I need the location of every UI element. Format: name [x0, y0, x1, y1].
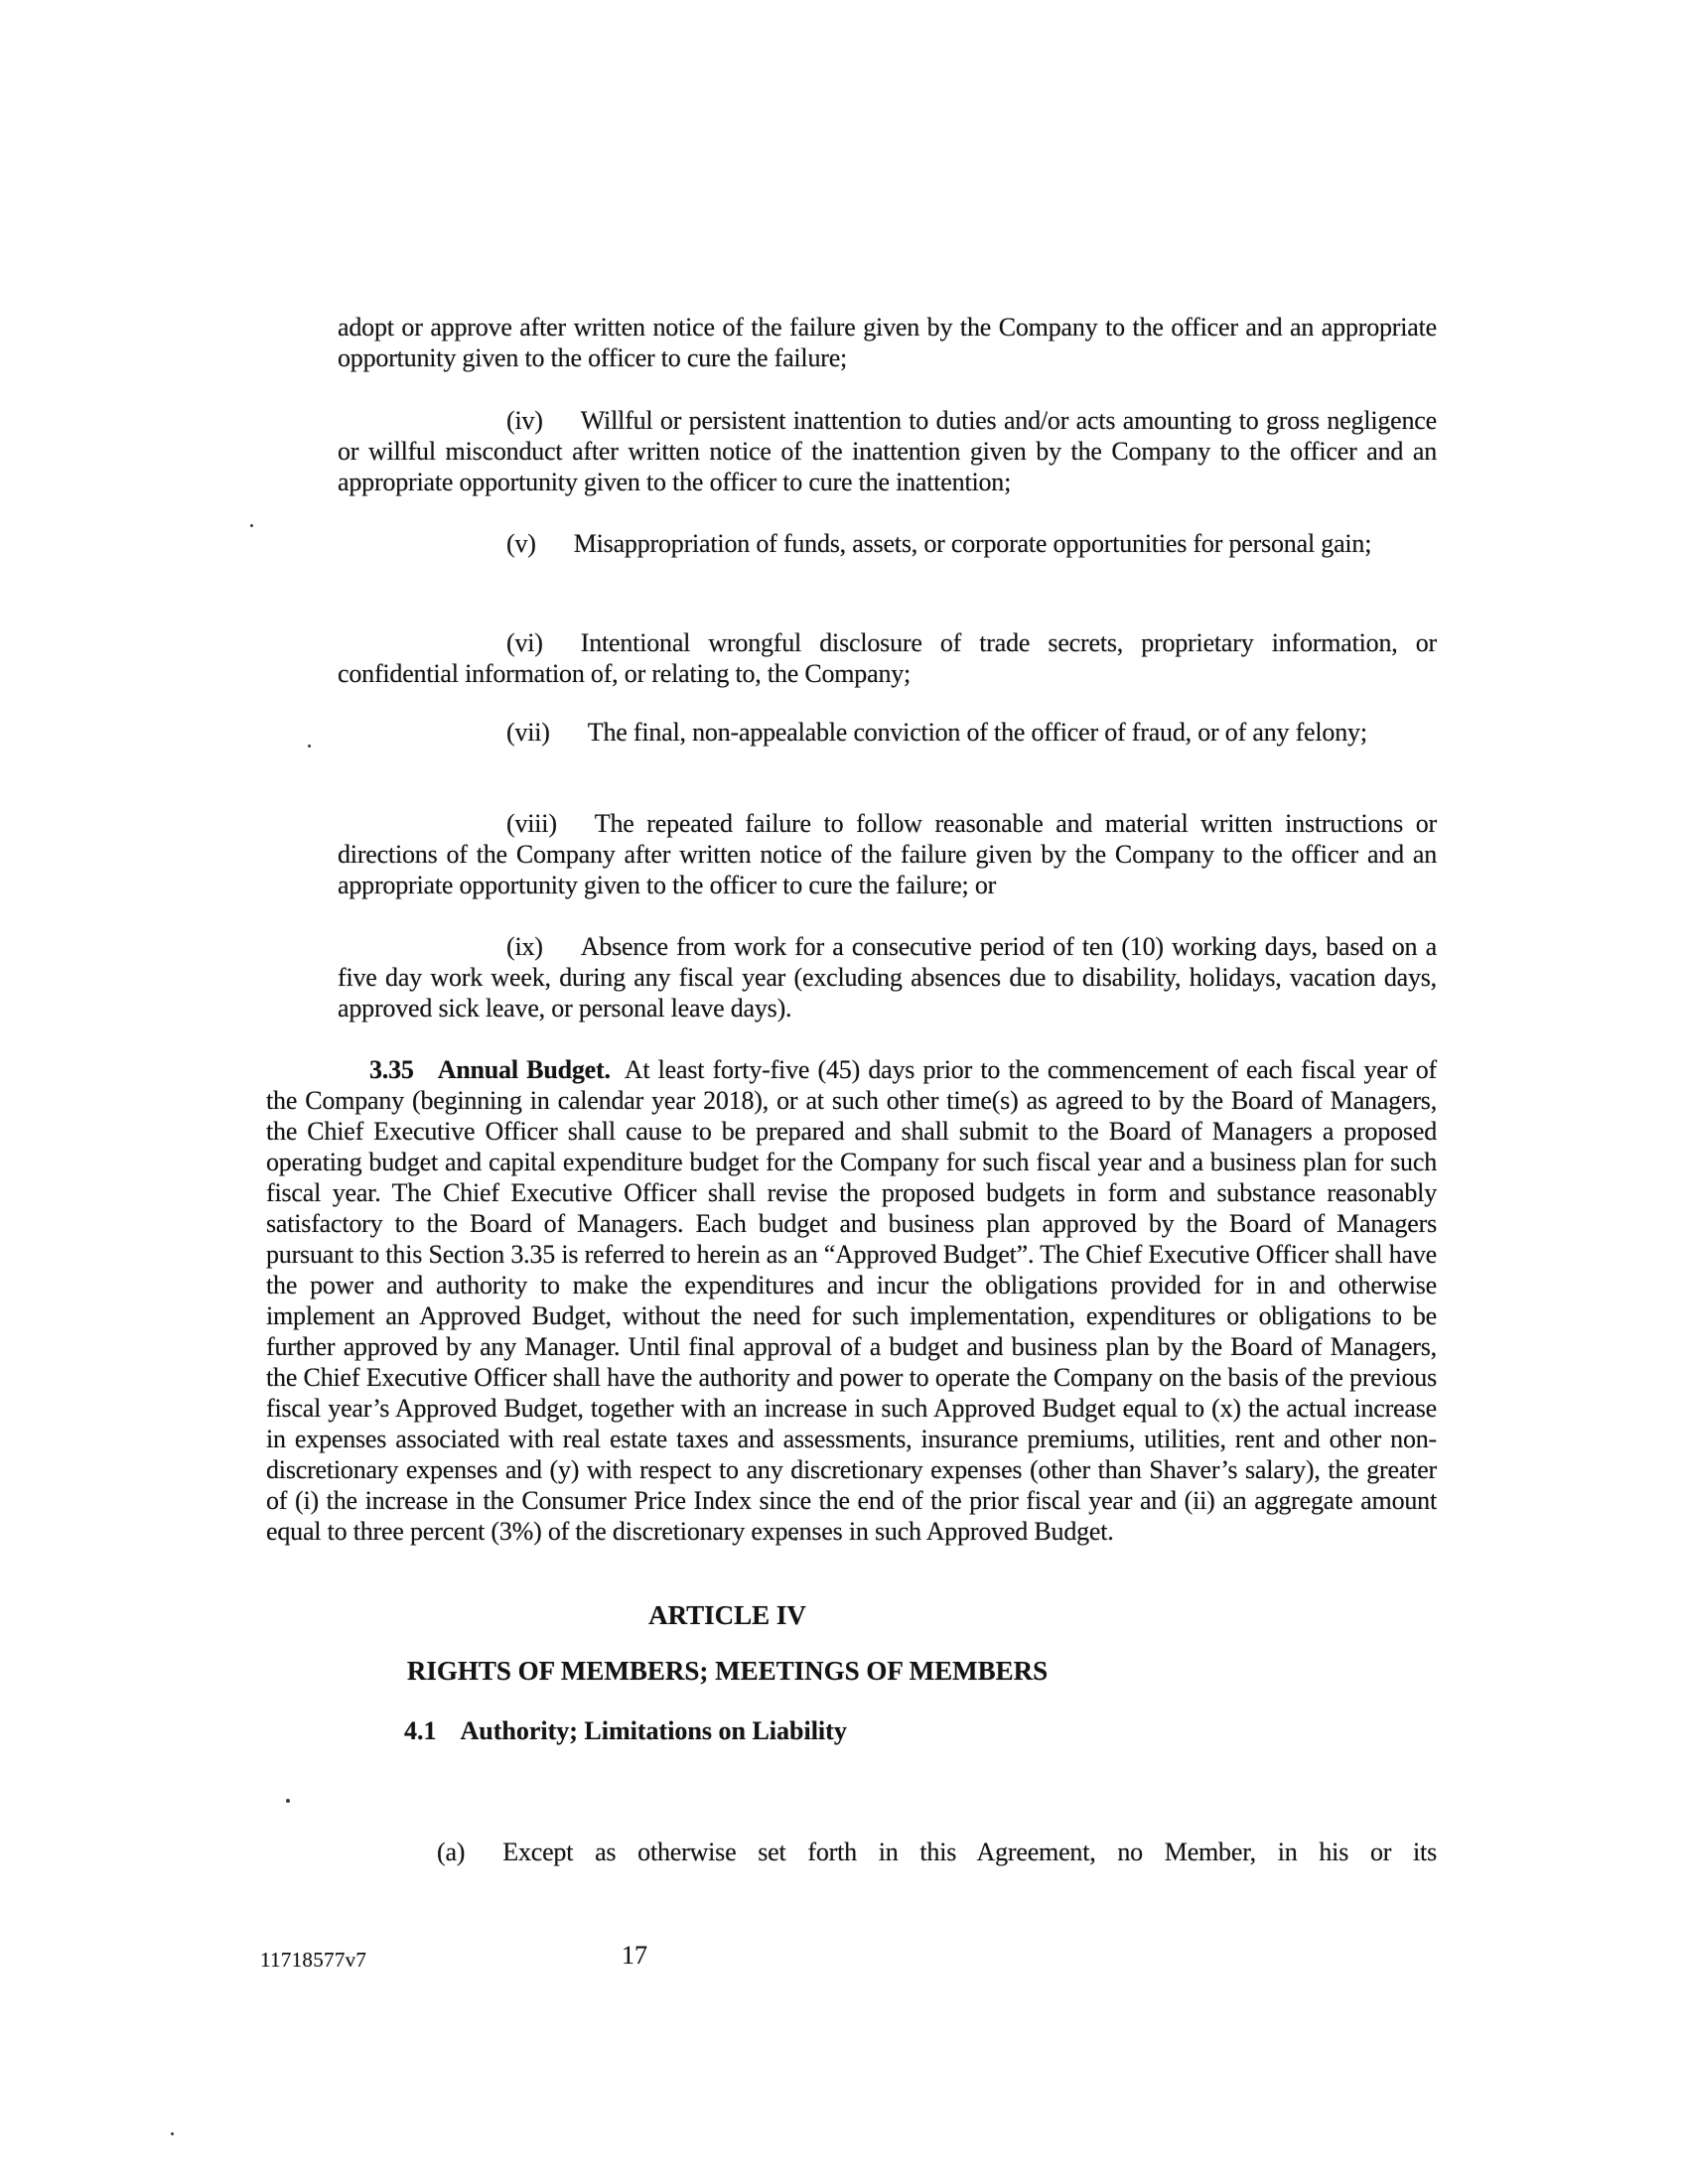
clause-viii: (viii)The repeated failure to follow rea…	[338, 808, 1437, 900]
section-4-1-number: 4.1	[404, 1716, 437, 1745]
clause-ix-text: Absence from work for a consecutive peri…	[338, 932, 1437, 1023]
section-4-1-title: Authority; Limitations on Liability	[461, 1716, 847, 1745]
clause-iv-text: Willful or persistent inattention to dut…	[338, 406, 1437, 496]
section-4-1-heading: 4.1Authority; Limitations on Liability	[266, 1715, 1437, 1746]
clause-v: (v)Misappropriation of funds, assets, or…	[338, 528, 1437, 559]
section-3-35-title: Annual Budget.	[438, 1055, 611, 1084]
clause-v-label: (v)	[506, 529, 536, 558]
section-3-35-number: 3.35	[369, 1055, 414, 1084]
clause-vi-label: (vi)	[506, 628, 543, 657]
sub-clause-a: (a)Except as otherwise set forth in this…	[266, 1837, 1437, 1867]
section-3-35-text: At least forty-five (45) days prior to t…	[266, 1055, 1437, 1546]
sub-clause-a-text: Except as otherwise set forth in this Ag…	[502, 1838, 1437, 1866]
scan-speck	[250, 524, 253, 527]
clause-v-text: Misappropriation of funds, assets, or co…	[574, 529, 1372, 558]
article-iv-subtitle: RIGHTS OF MEMBERS; MEETINGS OF MEMBERS	[266, 1656, 1437, 1687]
clause-vii-label: (vii)	[506, 718, 550, 747]
footer-doc-id: 11718577v7	[260, 1948, 366, 1973]
document-page: adopt or approve after written notice of…	[0, 0, 1688, 2184]
clause-ix: (ix)Absence from work for a consecutive …	[338, 931, 1437, 1024]
clause-vi: (vi)Intentional wrongful disclosure of t…	[338, 627, 1437, 689]
paragraph-continuation: adopt or approve after written notice of…	[338, 312, 1437, 373]
sub-clause-a-label: (a)	[437, 1838, 465, 1866]
clause-vii: (vii)The final, non-appealable convictio…	[338, 717, 1437, 748]
clause-viii-text: The repeated failure to follow reasonabl…	[338, 809, 1437, 899]
clause-iv: (iv)Willful or persistent inattention to…	[338, 405, 1437, 497]
section-3-35: 3.35Annual Budget.At least forty-five (4…	[266, 1054, 1437, 1547]
scan-speck	[794, 1537, 797, 1541]
clause-vi-text: Intentional wrongful disclosure of trade…	[338, 628, 1437, 688]
page-number: 17	[622, 1941, 647, 1971]
scan-speck	[286, 1799, 290, 1803]
clause-viii-label: (viii)	[506, 809, 557, 838]
clause-ix-label: (ix)	[506, 932, 543, 961]
clause-vii-text: The final, non-appealable conviction of …	[588, 718, 1367, 747]
scan-speck	[171, 2132, 174, 2135]
clause-iv-label: (iv)	[506, 406, 543, 435]
article-iv-heading: ARTICLE IV	[266, 1600, 1437, 1631]
scan-speck	[308, 745, 311, 748]
